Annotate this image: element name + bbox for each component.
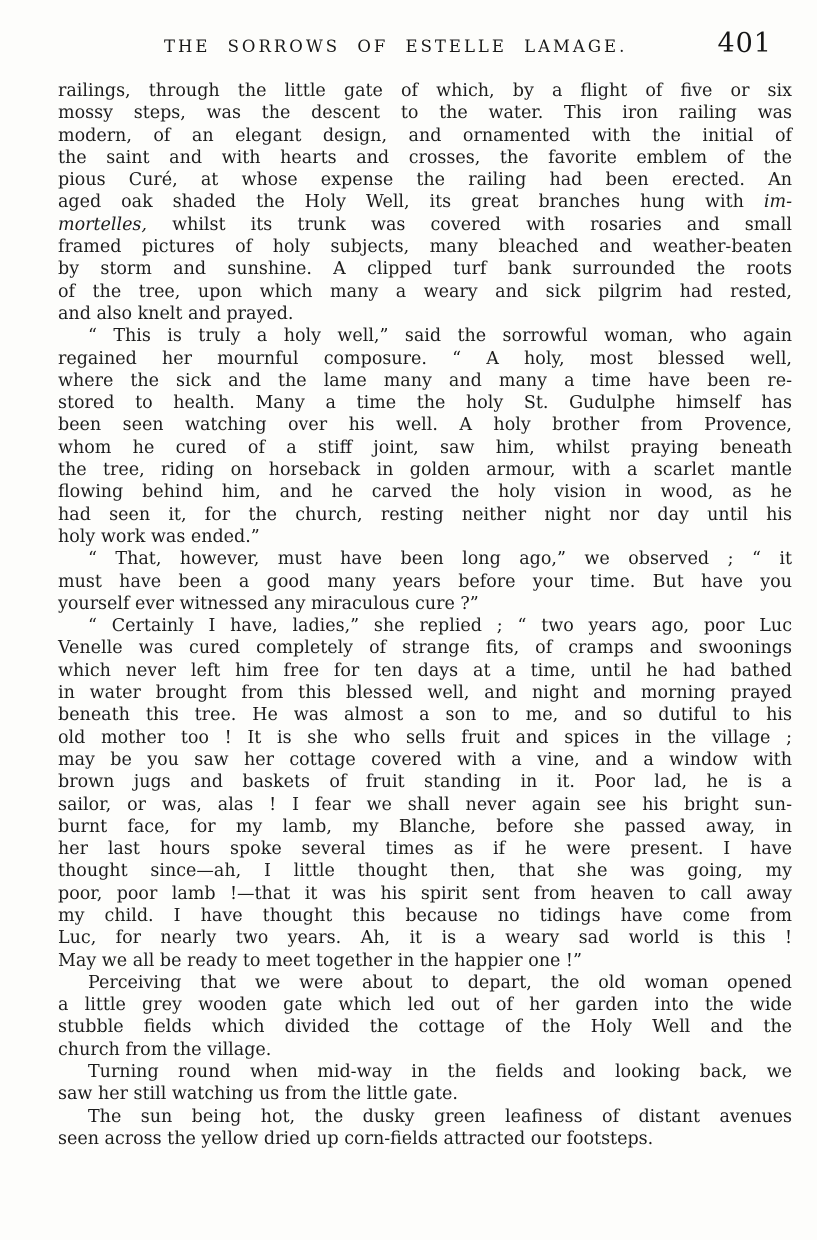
text-segment: modern, of an elegant design, and orname… bbox=[58, 126, 792, 146]
paragraph: Turning round when mid-way in the fields… bbox=[58, 1061, 792, 1106]
text-segment: church from the village. bbox=[58, 1040, 271, 1060]
text-line: modern, of an elegant design, and orname… bbox=[58, 125, 792, 147]
text-line: thought since—ah, I little thought then,… bbox=[58, 860, 792, 882]
text-segment: Venelle was cured completely of strange … bbox=[58, 638, 792, 658]
text-segment: mossy steps, was the descent to the wate… bbox=[58, 103, 792, 123]
text-line: a little grey wooden gate which led out … bbox=[58, 994, 792, 1016]
text-segment: holy work was ended.” bbox=[58, 527, 260, 547]
text-line: the saint and with hearts and crosses, t… bbox=[58, 147, 792, 169]
text-line: Luc, for nearly two years. Ah, it is a w… bbox=[58, 927, 792, 949]
text-line: must have been a good many years before … bbox=[58, 571, 792, 593]
text-segment: thought since—ah, I little thought then,… bbox=[58, 861, 792, 881]
text-segment: seen across the yellow dried up corn-fie… bbox=[58, 1129, 653, 1149]
text-line: stored to health. Many a time the holy S… bbox=[58, 392, 792, 414]
paragraph: Perceiving that we were about to depart,… bbox=[58, 972, 792, 1061]
text-segment: where the sick and the lame many and man… bbox=[58, 371, 792, 391]
text-line: Perceiving that we were about to depart,… bbox=[58, 972, 792, 994]
text-segment: Luc, for nearly two years. Ah, it is a w… bbox=[58, 928, 792, 948]
text-segment: which never left him free for ten days a… bbox=[58, 661, 792, 681]
text-line: mossy steps, was the descent to the wate… bbox=[58, 102, 792, 124]
text-segment: “ That, however, must have been long ago… bbox=[88, 549, 792, 569]
text-line: “ Certainly I have, ladies,” she replied… bbox=[58, 615, 792, 637]
text-line: aged oak shaded the Holy Well, its great… bbox=[58, 191, 792, 213]
text-line: of the tree, upon which many a weary and… bbox=[58, 281, 792, 303]
text-segment: been seen watching over his well. A holy… bbox=[58, 415, 792, 435]
paragraph: The sun being hot, the dusky green leafi… bbox=[58, 1106, 792, 1151]
text-line: “ This is truly a holy well,” said the s… bbox=[58, 325, 792, 347]
text-line: been seen watching over his well. A holy… bbox=[58, 414, 792, 436]
text-line: which never left him free for ten days a… bbox=[58, 660, 792, 682]
text-segment: had seen it, for the church, resting nei… bbox=[58, 505, 792, 525]
text-line: saw her still watching us from the littl… bbox=[58, 1083, 792, 1105]
paragraph: railings, through the little gate of whi… bbox=[58, 80, 792, 325]
text-segment: stubble fields which divided the cottage… bbox=[58, 1017, 792, 1037]
text-segment: her last hours spoke several times as if… bbox=[58, 839, 792, 859]
text-segment: whom he cured of a stiff joint, saw him,… bbox=[58, 438, 792, 458]
text-line: yourself ever witnessed any miraculous c… bbox=[58, 593, 792, 615]
text-segment: regained her mournful composure. “ A hol… bbox=[58, 349, 792, 369]
text-line: mortelles, whilst its trunk was covered … bbox=[58, 214, 792, 236]
text-line: regained her mournful composure. “ A hol… bbox=[58, 348, 792, 370]
text-line: framed pictures of holy subjects, many b… bbox=[58, 236, 792, 258]
text-line: whom he cured of a stiff joint, saw him,… bbox=[58, 437, 792, 459]
text-line: church from the village. bbox=[58, 1039, 792, 1061]
text-line: May we all be ready to meet together in … bbox=[58, 950, 792, 972]
book-page: THE SORROWS OF ESTELLE LAMAGE. 401 raili… bbox=[0, 0, 817, 1240]
text-segment: saw her still watching us from the littl… bbox=[58, 1084, 458, 1104]
text-segment: by storm and sunshine. A clipped turf ba… bbox=[58, 259, 792, 279]
paragraph: “ This is truly a holy well,” said the s… bbox=[58, 325, 792, 548]
text-line: in water brought from this blessed well,… bbox=[58, 682, 792, 704]
text-line: old mother too ! It is she who sells fru… bbox=[58, 727, 792, 749]
text-segment: and also knelt and prayed. bbox=[58, 304, 293, 324]
italic-text: im- bbox=[764, 192, 792, 212]
text-segment: May we all be ready to meet together in … bbox=[58, 951, 582, 971]
text-segment: “ This is truly a holy well,” said the s… bbox=[88, 326, 792, 346]
text-line: pious Curé, at whose expense the railing… bbox=[58, 169, 792, 191]
text-segment: my child. I have thought this because no… bbox=[58, 906, 792, 926]
page-header: THE SORROWS OF ESTELLE LAMAGE. 401 bbox=[58, 34, 792, 60]
paragraph: “ That, however, must have been long ago… bbox=[58, 548, 792, 615]
text-segment: the saint and with hearts and crosses, t… bbox=[58, 148, 792, 168]
text-segment: beneath this tree. He was almost a son t… bbox=[58, 705, 792, 725]
text-line: Turning round when mid-way in the fields… bbox=[58, 1061, 792, 1083]
text-line: seen across the yellow dried up corn-fie… bbox=[58, 1128, 792, 1150]
text-segment: aged oak shaded the Holy Well, its great… bbox=[58, 192, 764, 212]
running-title: THE SORROWS OF ESTELLE LAMAGE. bbox=[164, 37, 627, 56]
text-segment: whilst its trunk was covered with rosari… bbox=[147, 215, 792, 235]
text-segment: The sun being hot, the dusky green leafi… bbox=[88, 1107, 792, 1127]
text-segment: yourself ever witnessed any miraculous c… bbox=[58, 594, 479, 614]
text-line: where the sick and the lame many and man… bbox=[58, 370, 792, 392]
text-line: beneath this tree. He was almost a son t… bbox=[58, 704, 792, 726]
text-line: may be you saw her cottage covered with … bbox=[58, 749, 792, 771]
text-line: by storm and sunshine. A clipped turf ba… bbox=[58, 258, 792, 280]
paragraph: “ Certainly I have, ladies,” she replied… bbox=[58, 615, 792, 972]
text-segment: in water brought from this blessed well,… bbox=[58, 683, 792, 703]
text-line: her last hours spoke several times as if… bbox=[58, 838, 792, 860]
text-segment: the tree, riding on horseback in golden … bbox=[58, 460, 792, 480]
text-line: The sun being hot, the dusky green leafi… bbox=[58, 1106, 792, 1128]
text-segment: brown jugs and baskets of fruit standing… bbox=[58, 772, 792, 792]
text-segment: burnt face, for my lamb, my Blanche, bef… bbox=[58, 817, 792, 837]
text-segment: pious Curé, at whose expense the railing… bbox=[58, 170, 792, 190]
text-segment: must have been a good many years before … bbox=[58, 572, 792, 592]
text-line: had seen it, for the church, resting nei… bbox=[58, 504, 792, 526]
text-line: brown jugs and baskets of fruit standing… bbox=[58, 771, 792, 793]
text-segment: Perceiving that we were about to depart,… bbox=[88, 973, 792, 993]
text-line: Venelle was cured completely of strange … bbox=[58, 637, 792, 659]
text-line: flowing behind him, and he carved the ho… bbox=[58, 481, 792, 503]
text-segment: Turning round when mid-way in the fields… bbox=[88, 1062, 792, 1082]
text-line: railings, through the little gate of whi… bbox=[58, 80, 792, 102]
text-line: holy work was ended.” bbox=[58, 526, 792, 548]
text-segment: sailor, or was, alas ! I fear we shall n… bbox=[58, 795, 792, 815]
text-line: my child. I have thought this because no… bbox=[58, 905, 792, 927]
text-block: railings, through the little gate of whi… bbox=[58, 80, 792, 1150]
text-segment: of the tree, upon which many a weary and… bbox=[58, 282, 792, 302]
text-line: burnt face, for my lamb, my Blanche, bef… bbox=[58, 816, 792, 838]
text-line: poor, poor lamb !—that it was his spirit… bbox=[58, 883, 792, 905]
text-segment: may be you saw her cottage covered with … bbox=[58, 750, 792, 770]
text-segment: railings, through the little gate of whi… bbox=[58, 81, 792, 101]
italic-text: mortelles, bbox=[58, 215, 147, 235]
text-segment: a little grey wooden gate which led out … bbox=[58, 995, 792, 1015]
text-segment: stored to health. Many a time the holy S… bbox=[58, 393, 792, 413]
page-number: 401 bbox=[717, 28, 772, 59]
text-line: stubble fields which divided the cottage… bbox=[58, 1016, 792, 1038]
text-segment: poor, poor lamb !—that it was his spirit… bbox=[58, 884, 792, 904]
text-segment: framed pictures of holy subjects, many b… bbox=[58, 237, 792, 257]
text-segment: old mother too ! It is she who sells fru… bbox=[58, 728, 792, 748]
text-line: “ That, however, must have been long ago… bbox=[58, 548, 792, 570]
text-segment: “ Certainly I have, ladies,” she replied… bbox=[88, 616, 792, 636]
text-segment: flowing behind him, and he carved the ho… bbox=[58, 482, 792, 502]
text-line: sailor, or was, alas ! I fear we shall n… bbox=[58, 794, 792, 816]
text-line: and also knelt and prayed. bbox=[58, 303, 792, 325]
text-line: the tree, riding on horseback in golden … bbox=[58, 459, 792, 481]
